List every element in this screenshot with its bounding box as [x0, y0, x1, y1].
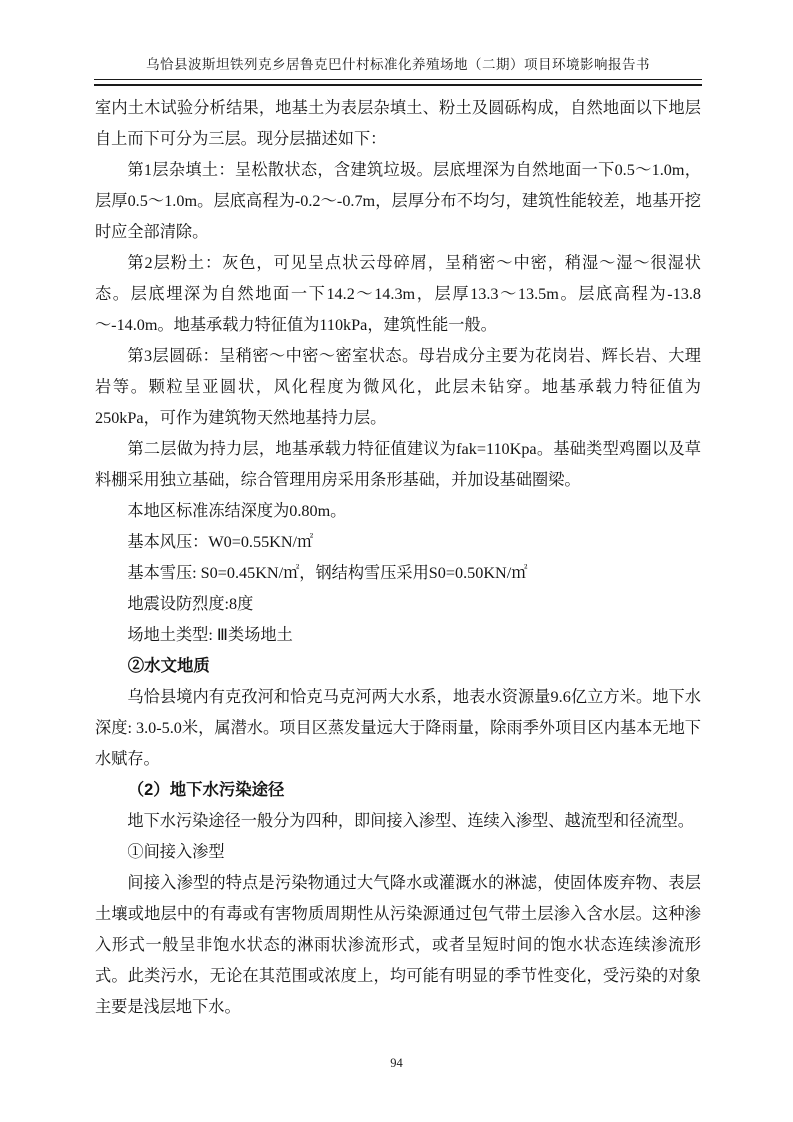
report-header-title: 乌恰县波斯坦铁列克乡居鲁克巴什村标准化养殖场地（二期）项目环境影响报告书 — [94, 53, 702, 73]
heading-groundwater-pollution-pathways: （2）地下水污染途径 — [95, 775, 701, 806]
paragraph-frost-depth: 本地区标准冻结深度为0.80m。 — [95, 496, 701, 527]
paragraph-hydrogeology-detail: 乌恰县境内有克孜河和恰克马克河两大水系，地表水资源量9.6亿立方米。地下水深度:… — [95, 682, 701, 775]
paragraph-layer3-gravel: 第3层圆砾：呈稍密～中密～密室状态。母岩成分主要为花岗岩、辉长岩、大理岩等。颗粒… — [95, 341, 701, 434]
document-page: 乌恰县波斯坦铁列克乡居鲁克巴什村标准化养殖场地（二期）项目环境影响报告书 室内土… — [0, 0, 793, 1122]
paragraph-snow-pressure: 基本雪压: S0=0.45KN/㎡，钢结构雪压采用S0=0.50KN/㎡ — [95, 558, 701, 589]
paragraph-site-soil-type: 场地土类型: Ⅲ类场地土 — [95, 620, 701, 651]
paragraph-geotech-summary: 室内土木试验分析结果，地基土为表层杂填土、粉土及圆砾构成，自然地面以下地层自上而… — [95, 93, 701, 155]
paragraph-layer1-fill: 第1层杂填土：呈松散状态，含建筑垃圾。层底埋深为自然地面一下0.5～1.0m，层… — [95, 155, 701, 248]
paragraph-bearing-layer: 第二层做为持力层，地基承载力特征值建议为fak=110Kpa。基础类型鸡圈以及草… — [95, 434, 701, 496]
paragraph-pathway-types: 地下水污染途径一般分为四种，即间接入渗型、连续入渗型、越流型和径流型。 — [95, 806, 701, 837]
subheading-indirect-infiltration: ①间接入渗型 — [95, 837, 701, 868]
document-body: 室内土木试验分析结果，地基土为表层杂填土、粉土及圆砾构成，自然地面以下地层自上而… — [95, 93, 701, 1023]
page-number: 94 — [0, 1056, 793, 1071]
paragraph-indirect-infiltration-detail: 间接入渗型的特点是污染物通过大气降水或灌溉水的淋滤，使固体废弃物、表层土壤或地层… — [95, 868, 701, 1023]
paragraph-wind-pressure: 基本风压：W0=0.55KN/㎡ — [95, 527, 701, 558]
paragraph-seismic-intensity: 地震设防烈度:8度 — [95, 589, 701, 620]
heading-hydrogeology: ②水文地质 — [95, 651, 701, 682]
header-divider — [94, 79, 702, 86]
paragraph-layer2-silt: 第2层粉土：灰色，可见呈点状云母碎屑，呈稍密～中密，稍湿～湿～很湿状态。层底埋深… — [95, 248, 701, 341]
